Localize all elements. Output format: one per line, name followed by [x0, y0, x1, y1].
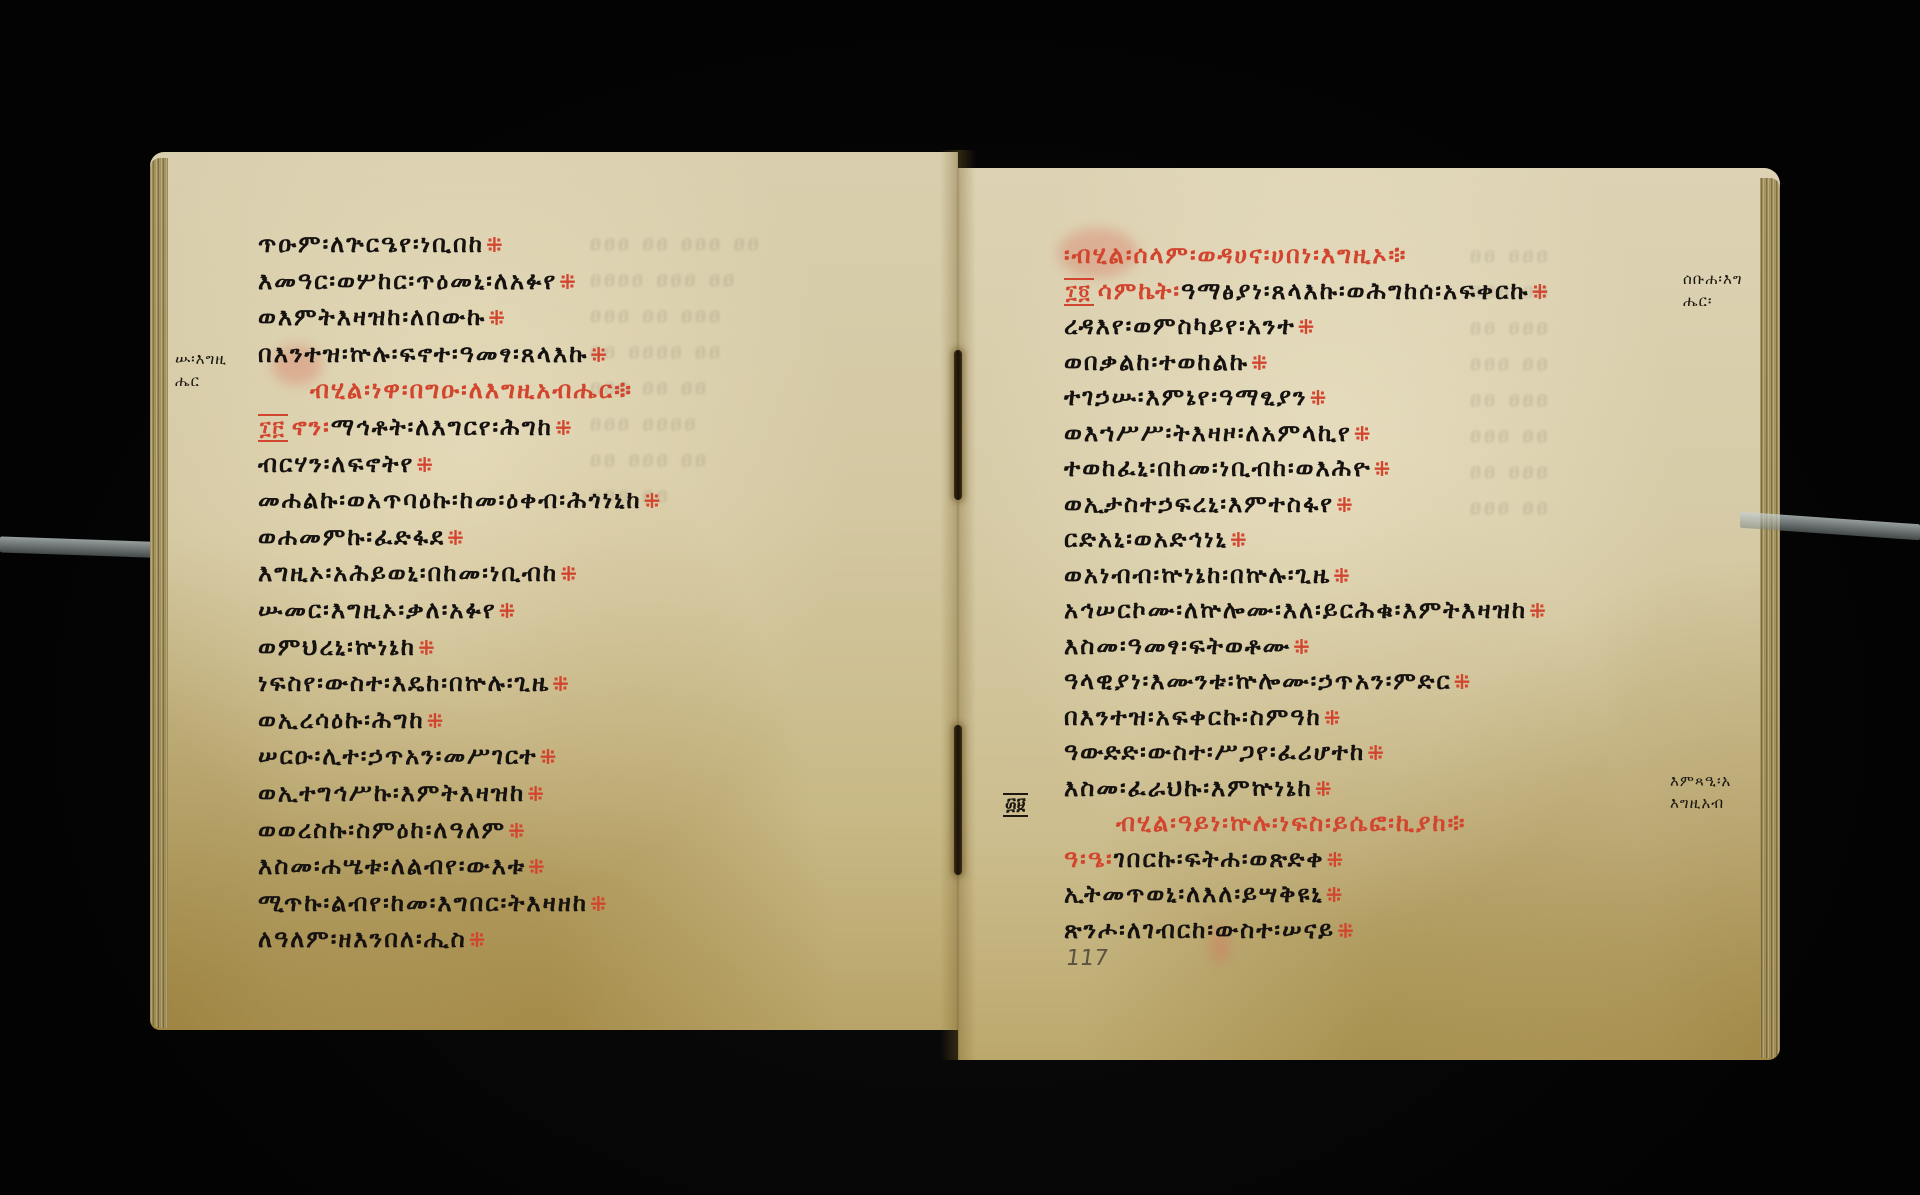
- text-line: እግዚኦ፡አሕይወኒ፡በከመ፡ነቢብከ⁜: [258, 555, 662, 592]
- cross-mark-icon: ⁜: [469, 928, 488, 952]
- line-text: ወእምትእዛዝከ፡ለበውኩ: [258, 303, 486, 331]
- cross-mark-icon: ⁜: [1315, 777, 1334, 801]
- line-text: ወኢተግኅሥኩ፡እምትእዛዝከ: [258, 779, 525, 807]
- right-page-text: ፡ብሂል፡ሰላም፡ወዳሀና፡ሀበነ፡እግዚኦ፨ ፲፬ሳምኬት፡ዓማፅያነ፡ጸላእ…: [1064, 238, 1550, 948]
- line-text: ዓማፅያነ፡ጸላእኩ፡ወሕግከሰ፡አፍቀርኩ: [1181, 277, 1529, 305]
- cross-mark-icon: ⁜: [1374, 457, 1393, 481]
- cross-mark-icon: ⁜: [540, 745, 559, 769]
- text-line: ዓላዊያነ፡እሙንቱ፡ኵሎሙ፡ኃጥአን፡ምድር⁜: [1064, 664, 1550, 700]
- text-line: ተገኃሡ፡እምኔየ፡ዓማፂያን⁜: [1064, 380, 1550, 416]
- line-text: ወበቃልከ፡ተወከልኩ: [1064, 348, 1249, 376]
- text-line: ነፍስየ፡ውስተ፡እዴከ፡በኵሉ፡ጊዜ⁜: [258, 665, 662, 702]
- text-line: ኢትመጥወኒ፡ለእለ፡ይሣቅዩኒ⁜: [1064, 877, 1550, 913]
- line-text: ገበርኩ፡ፍትሐ፡ወጽድቀ: [1114, 845, 1325, 873]
- cross-mark-icon: ⁜: [552, 672, 571, 696]
- line-text: እስመ፡ዓመፃ፡ፍትወቶሙ: [1064, 632, 1291, 660]
- line-text: ለዓለም፡ዘእንበለ፡ሒስ: [258, 925, 467, 953]
- line-text: ተወከፈኒ፡በከመ፡ነቢብከ፡ወእሕዮ: [1064, 454, 1372, 482]
- rubric-line: ብሂል፡ነዋ፡በግዑ፡ለእግዚአብሔር፨: [258, 372, 662, 409]
- line-text: ኢትመጥወኒ፡ለእለ፡ይሣቅዩኒ: [1064, 880, 1324, 908]
- text-line: ረዳእየ፡ወምስካይየ፡አንተ⁜: [1064, 309, 1550, 345]
- margin-note-line: እምጻዒ፡አ: [1670, 770, 1731, 792]
- text-line: ወእኀሥሥ፡ትእዛዞ፡ለአምላኪየ⁜: [1064, 416, 1550, 452]
- line-text: ብሂል፡ዓይነ፡ኵሉ፡ነፍስ፡ይሴፎ፡ኪያከ: [1116, 809, 1448, 837]
- cross-mark-icon: ⁜: [644, 489, 663, 513]
- cross-mark-icon: ⁜: [1251, 351, 1270, 375]
- text-line: ጥዑም፡ለጕርዔየ፡ነቢበከ⁜: [258, 226, 662, 263]
- text-line: እስመ፡ሐሤቱ፡ለልብየ፡ውእቱ⁜: [258, 848, 662, 885]
- cross-mark-icon: ⁜: [528, 855, 547, 879]
- cross-mark-icon: ⁜: [1354, 422, 1373, 446]
- line-text: ወምህረኒ፡ኵነኔከ: [258, 633, 416, 661]
- right-margin-note-top: ሰቡሐ፡እግ ሔር፡: [1683, 268, 1743, 312]
- line-text: በእንተዝ፡አፍቀርኩ፡ስምዓከ: [1064, 703, 1322, 731]
- line-text: ብርሃን፡ለፍኖትየ: [258, 450, 414, 478]
- folio-number: 117: [1064, 946, 1110, 971]
- cross-mark-icon: ⁜: [559, 270, 578, 294]
- line-text: ዓላዊያነ፡እሙንቱ፡ኵሎሙ፡ኃጥአን፡ምድር: [1064, 667, 1452, 695]
- text-line: ርድአኒ፡ወአድኅነኒ⁜: [1064, 522, 1550, 558]
- line-text: ሚጥኩ፡ልብየ፡ከመ፡እግበር፡ትእዛዘከ: [258, 889, 588, 917]
- text-line: ወኢረሳዕኩ፡ሕግከ⁜: [258, 702, 662, 739]
- section-end-icon: ፨: [1389, 241, 1408, 269]
- cross-mark-icon: ⁜: [1310, 386, 1329, 410]
- line-text: ተገኃሡ፡እምኔየ፡ዓማፂያን: [1064, 383, 1308, 411]
- cross-mark-icon: ⁜: [555, 416, 574, 440]
- line-text: ሡመር፡እግዚኦ፡ቃለ፡አፉየ: [258, 596, 497, 624]
- text-line: ተወከፈኒ፡በከመ፡ነቢብከ፡ወእሕዮ⁜: [1064, 451, 1550, 487]
- line-text: ማኅቶት፡ለእግርየ፡ሕግከ: [331, 413, 553, 441]
- stanza-number: ፲፬: [1064, 278, 1094, 306]
- text-line: ወአነብብ፡ኵነኔከ፡በኵሉ፡ጊዜ⁜: [1064, 558, 1550, 594]
- line-text: ነፍስየ፡ውስተ፡እዴከ፡በኵሉ፡ጊዜ: [258, 669, 550, 697]
- section-end-icon: ፨: [614, 376, 633, 404]
- text-line: ወወረስኩ፡ስምዕከ፡ለዓለም⁜: [258, 812, 662, 849]
- left-page-text: ጥዑም፡ለጕርዔየ፡ነቢበከ⁜ እመዓር፡ወሦከር፡ጥዕመኒ፡ለአፉየ⁜ ወእም…: [258, 226, 662, 958]
- margin-note-line: ሡ፡እግዚ: [175, 348, 227, 370]
- cross-mark-icon: ⁜: [590, 343, 609, 367]
- text-line: ዓውድድ፡ውስተ፡ሥጋየ፡ፈሪሆተከ⁜: [1064, 735, 1550, 771]
- cross-mark-icon: ⁜: [527, 782, 546, 806]
- margin-note-line: ሔር፡: [1683, 290, 1743, 312]
- text-line: ሠርዑ፡ሊተ፡ኃጥአን፡መሥገርተ⁜: [258, 738, 662, 775]
- text-line: ሚጥኩ፡ልብየ፡ከመ፡እግበር፡ትእዛዘከ⁜: [258, 885, 662, 922]
- line-text: ወኢረሳዕኩ፡ሕግከ: [258, 706, 425, 734]
- line-text: ሠርዑ፡ሊተ፡ኃጥአን፡መሥገርተ: [258, 742, 538, 770]
- rubric-letter: ሳምኬት፡: [1098, 277, 1181, 305]
- line-text: እስመ፡ሐሤቱ፡ለልብየ፡ውእቱ: [258, 852, 526, 880]
- rubric-line: ብሂል፡ዓይነ፡ኵሉ፡ነፍስ፡ይሴፎ፡ኪያከ፨: [1064, 806, 1550, 842]
- section-number: ፴፱: [1003, 793, 1028, 817]
- cross-mark-icon: ⁜: [1337, 919, 1356, 943]
- cross-mark-icon: ⁜: [1298, 315, 1317, 339]
- text-line: ወምህረኒ፡ኵነኔከ⁜: [258, 629, 662, 666]
- text-line: ፲፫ኖን፡ማኅቶት፡ለእግርየ፡ሕግከ⁜: [258, 409, 662, 446]
- cross-mark-icon: ⁜: [1326, 883, 1345, 907]
- line-text: ጽንሖ፡ለገብርከ፡ውስተ፡ሠናይ: [1064, 916, 1335, 944]
- text-line: ወኢተግኅሥኩ፡እምትእዛዝከ⁜: [258, 775, 662, 812]
- line-text: ወአነብብ፡ኵነኔከ፡በኵሉ፡ጊዜ: [1064, 561, 1331, 589]
- text-line: ወሐመምኩ፡ፈድፋደ⁜: [258, 519, 662, 556]
- margin-note-line: ሔር: [175, 370, 227, 392]
- cross-mark-icon: ⁜: [508, 819, 527, 843]
- binding-stitch-bottom: [954, 725, 962, 875]
- text-line: ሡመር፡እግዚኦ፡ቃለ፡አፉየ⁜: [258, 592, 662, 629]
- margin-note-line: እግዚአብ: [1670, 792, 1731, 814]
- cross-mark-icon: ⁜: [1532, 280, 1551, 304]
- line-text: መሐልኩ፡ወአጥባዕኩ፡ከመ፡ዕቀብ፡ሕጎነኒከ: [258, 486, 642, 514]
- stanza-number: ፲፫: [258, 414, 288, 442]
- text-line: እስመ፡ፈራህኩ፡እምኵነኔከ⁜: [1064, 771, 1550, 807]
- binding-stitch-top: [954, 350, 962, 500]
- line-text: እመዓር፡ወሦከር፡ጥዕመኒ፡ለአፉየ: [258, 267, 557, 295]
- text-line: ወእምትእዛዝከ፡ለበውኩ⁜: [258, 299, 662, 336]
- cross-mark-icon: ⁜: [560, 562, 579, 586]
- text-line: ጽንሖ፡ለገብርከ፡ውስተ፡ሠናይ⁜: [1064, 913, 1550, 949]
- manuscript-photo: ፀፀፀ ፀፀ ፀፀፀ ፀፀፀፀፀፀ ፀፀፀ ፀፀፀፀፀ ፀፀ ፀፀፀፀፀ ፀፀፀ…: [0, 0, 1920, 1195]
- cross-mark-icon: ⁜: [1333, 564, 1352, 588]
- line-text: እስመ፡ፈራህኩ፡እምኵነኔከ: [1064, 774, 1313, 802]
- cross-mark-icon: ⁜: [427, 709, 446, 733]
- cross-mark-icon: ⁜: [1230, 528, 1249, 552]
- section-end-icon: ፨: [1448, 809, 1467, 837]
- rubric-letter: ዓ፡ዔ፡: [1064, 845, 1114, 873]
- text-line: ወኢታስተኃፍረኒ፡እምተስፋየ⁜: [1064, 487, 1550, 523]
- cross-mark-icon: ⁜: [499, 599, 518, 623]
- line-text: ወእኀሥሥ፡ትእዛዞ፡ለአምላኪየ: [1064, 419, 1352, 447]
- text-line: በእንተዝ፡ኵሉ፡ፍኖተ፡ዓመፃ፡ጸላእኩ⁜: [258, 336, 662, 373]
- cross-mark-icon: ⁜: [1367, 741, 1386, 765]
- left-margin-note: ሡ፡እግዚ ሔር: [175, 348, 227, 392]
- cross-mark-icon: ⁜: [590, 892, 609, 916]
- line-text: ብሂል፡ነዋ፡በግዑ፡ለእግዚአብሔር: [310, 376, 614, 404]
- line-text: ወወረስኩ፡ስምዕከ፡ለዓለም: [258, 816, 506, 844]
- cross-mark-icon: ⁜: [486, 233, 505, 257]
- text-line: እስመ፡ዓመፃ፡ፍትወቶሙ⁜: [1064, 629, 1550, 665]
- rubric-letter: ኖን፡: [292, 413, 331, 441]
- cross-mark-icon: ⁜: [1293, 635, 1312, 659]
- cross-mark-icon: ⁜: [488, 306, 507, 330]
- text-line: ፲፬ሳምኬት፡ዓማፅያነ፡ጸላእኩ፡ወሕግከሰ፡አፍቀርኩ⁜: [1064, 274, 1550, 310]
- cross-mark-icon: ⁜: [418, 636, 437, 660]
- text-line: ወበቃልከ፡ተወከልኩ⁜: [1064, 345, 1550, 381]
- margin-note-line: ሰቡሐ፡እግ: [1683, 268, 1743, 290]
- line-text: ወሐመምኩ፡ፈድፋደ: [258, 523, 445, 551]
- rubric-line: ፡ብሂል፡ሰላም፡ወዳሀና፡ሀበነ፡እግዚኦ፨: [1064, 238, 1550, 274]
- line-text: ረዳእየ፡ወምስካይየ፡አንተ: [1064, 312, 1296, 340]
- text-line: ብርሃን፡ለፍኖትየ⁜: [258, 446, 662, 483]
- book-gutter: [940, 150, 976, 1060]
- right-margin-note-bottom: እምጻዒ፡አ እግዚአብ: [1670, 770, 1731, 814]
- line-text: ጥዑም፡ለጕርዔየ፡ነቢበከ: [258, 230, 484, 258]
- line-text: እግዚኦ፡አሕይወኒ፡በከመ፡ነቢብከ: [258, 559, 558, 587]
- cross-mark-icon: ⁜: [416, 453, 435, 477]
- right-page-edges: [1760, 178, 1780, 1058]
- line-text: በእንተዝ፡ኵሉ፡ፍኖተ፡ዓመፃ፡ጸላእኩ: [258, 340, 588, 368]
- text-line: እመዓር፡ወሦከር፡ጥዕመኒ፡ለአፉየ⁜: [258, 263, 662, 300]
- text-line: መሐልኩ፡ወአጥባዕኩ፡ከመ፡ዕቀብ፡ሕጎነኒከ⁜: [258, 482, 662, 519]
- text-line: ዓ፡ዔ፡ገበርኩ፡ፍትሐ፡ወጽድቀ⁜: [1064, 842, 1550, 878]
- text-line: ለዓለም፡ዘእንበለ፡ሒስ⁜: [258, 921, 662, 958]
- cross-mark-icon: ⁜: [1529, 599, 1548, 623]
- cross-mark-icon: ⁜: [1327, 848, 1346, 872]
- line-text: ወኢታስተኃፍረኒ፡እምተስፋየ: [1064, 490, 1334, 518]
- left-page-edges: [150, 158, 168, 1028]
- cross-mark-icon: ⁜: [1336, 493, 1355, 517]
- line-text: ርድአኒ፡ወአድኅነኒ: [1064, 525, 1228, 553]
- line-text: ፡ብሂል፡ሰላም፡ወዳሀና፡ሀበነ፡እግዚኦ: [1064, 241, 1389, 269]
- line-text: አኅሠርኮሙ፡ለኵሎሙ፡እለ፡ይርሕቁ፡እምትእዛዝከ: [1064, 596, 1527, 624]
- text-line: አኅሠርኮሙ፡ለኵሎሙ፡እለ፡ይርሕቁ፡እምትእዛዝከ⁜: [1064, 593, 1550, 629]
- cross-mark-icon: ⁜: [1324, 706, 1343, 730]
- cross-mark-icon: ⁜: [1454, 670, 1473, 694]
- line-text: ዓውድድ፡ውስተ፡ሥጋየ፡ፈሪሆተከ: [1064, 738, 1365, 766]
- cross-mark-icon: ⁜: [447, 526, 466, 550]
- text-line: በእንተዝ፡አፍቀርኩ፡ስምዓከ⁜: [1064, 700, 1550, 736]
